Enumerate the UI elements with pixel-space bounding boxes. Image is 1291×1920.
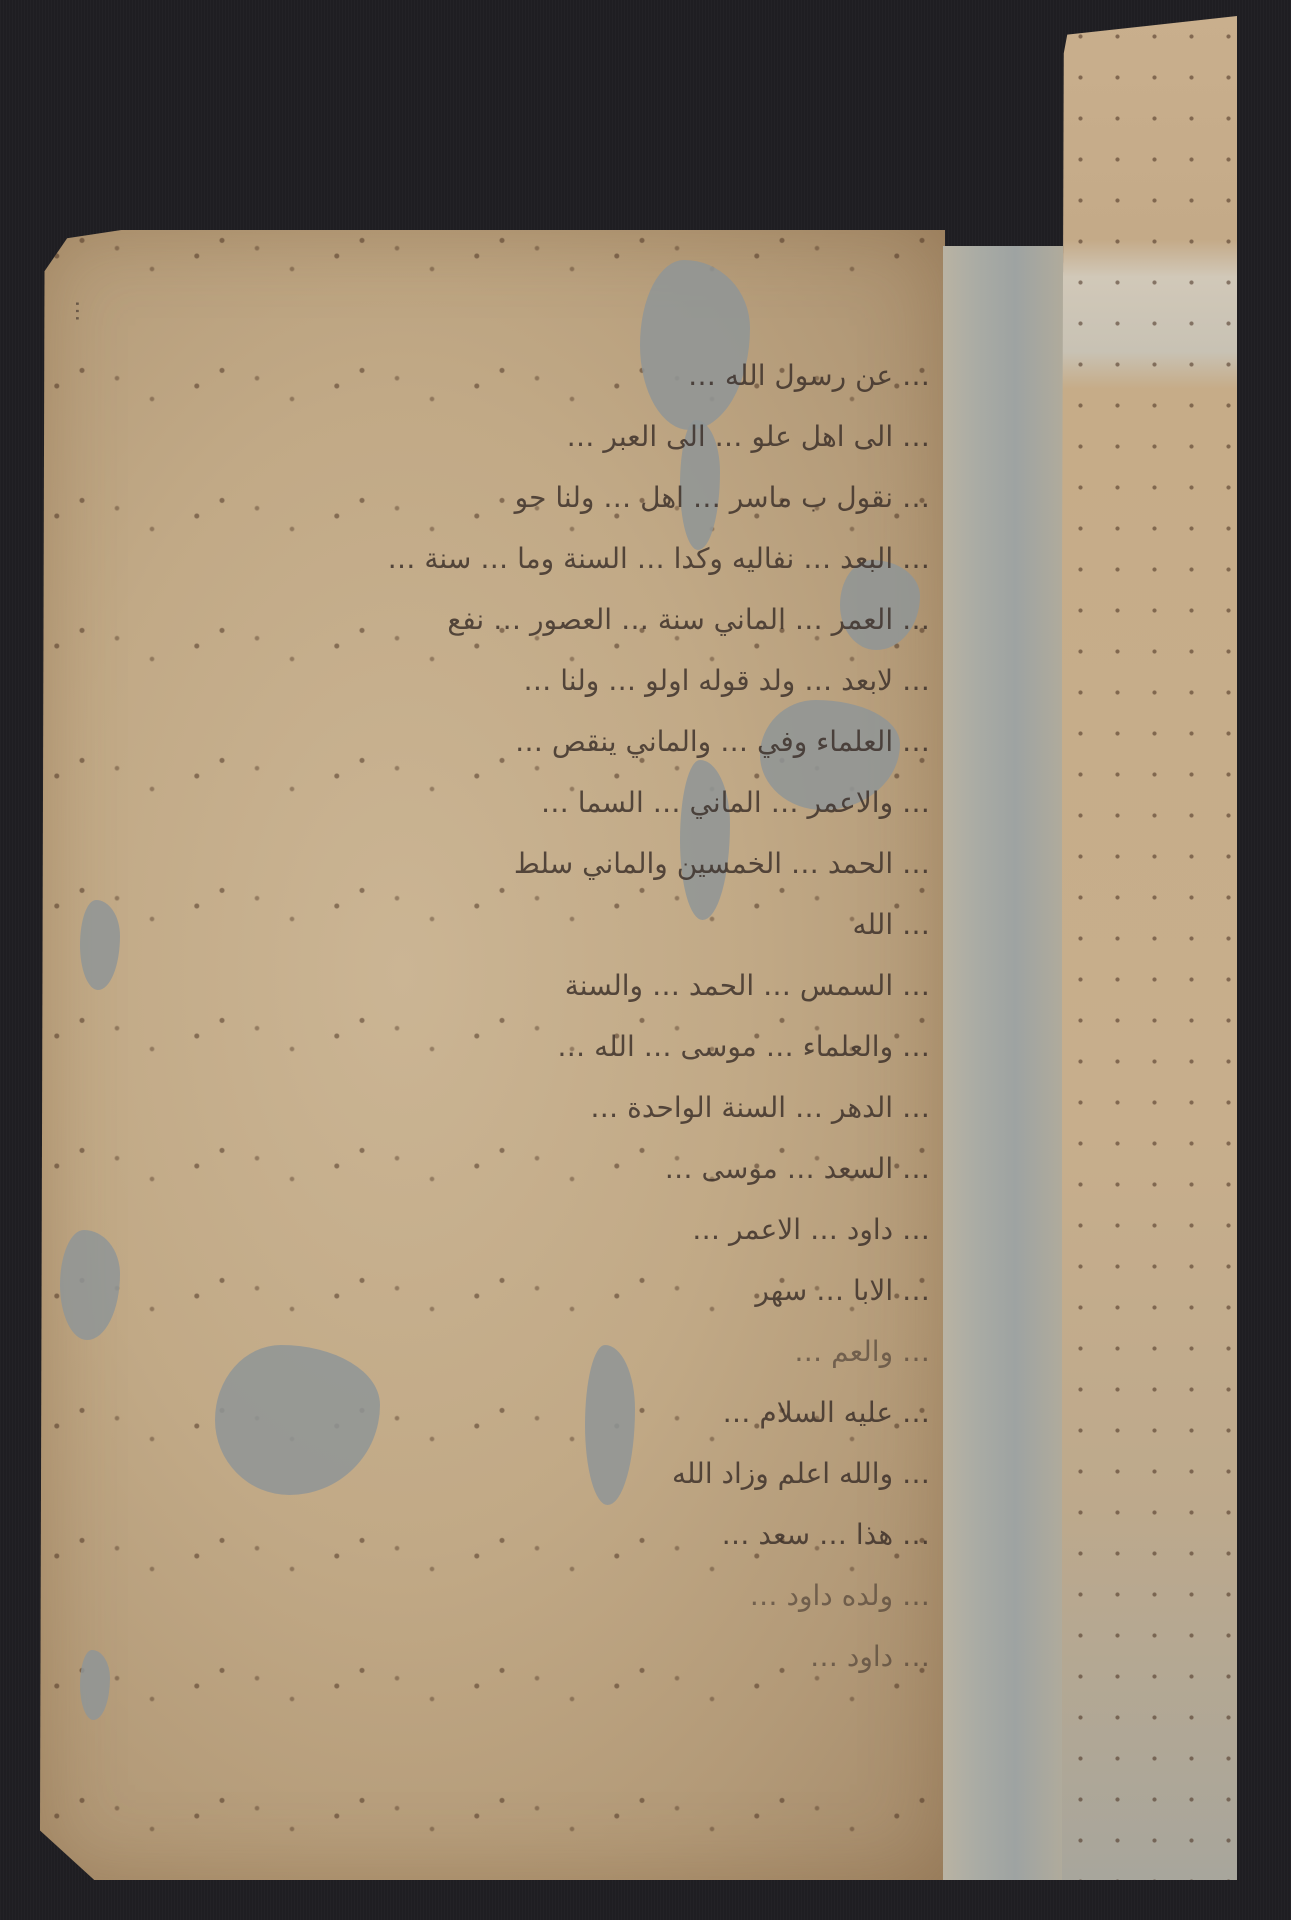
text-line: … لابعد … ولد قوله اولو … ولنا … <box>90 650 930 711</box>
margin-note: … <box>55 300 95 640</box>
text-line: … السمس … الحمد … والسنة <box>90 955 930 1016</box>
text-line: … والله اعلم وزاد الله <box>90 1443 930 1504</box>
text-line: … الحمد … الخمسين والماني سلط <box>90 833 930 894</box>
text-line: … عليه السلام … <box>90 1382 930 1443</box>
text-line: … داود … الاعمر … <box>90 1199 930 1260</box>
text-line: … والاعمر … الماني … السما … <box>90 772 930 833</box>
text-line: … ولده داود … <box>90 1565 930 1626</box>
text-line: … السعد … موسى … <box>90 1138 930 1199</box>
repair-strip <box>943 246 1063 1880</box>
text-line: … هذا … سعد … <box>90 1504 930 1565</box>
text-line: … الدهر … السنة الواحدة … <box>90 1077 930 1138</box>
text-line: … داود … <box>90 1626 930 1687</box>
text-line: … نقول ب ماسر … اهل … ولنا حو <box>90 467 930 528</box>
text-line: … عن رسول الله … <box>90 345 930 406</box>
text-line: … والعلماء … موسى … الله … <box>90 1016 930 1077</box>
text-line: … والعم … <box>90 1321 930 1382</box>
text-line: … العلماء وفي … والماني ينقص … <box>90 711 930 772</box>
manuscript-text: … عن رسول الله … … الى اهل علو … الى الع… <box>90 345 930 1687</box>
text-line: … الى اهل علو … الى العبر … <box>90 406 930 467</box>
text-line: … البعد … نفاليه وكدا … السنة وما … سنة … <box>90 528 930 589</box>
text-line: … العمر … الماني سنة … العصور … نفع <box>90 589 930 650</box>
binding-strip <box>1062 16 1237 1880</box>
text-line: … الله <box>90 894 930 955</box>
text-line: … الابا … سهر <box>90 1260 930 1321</box>
